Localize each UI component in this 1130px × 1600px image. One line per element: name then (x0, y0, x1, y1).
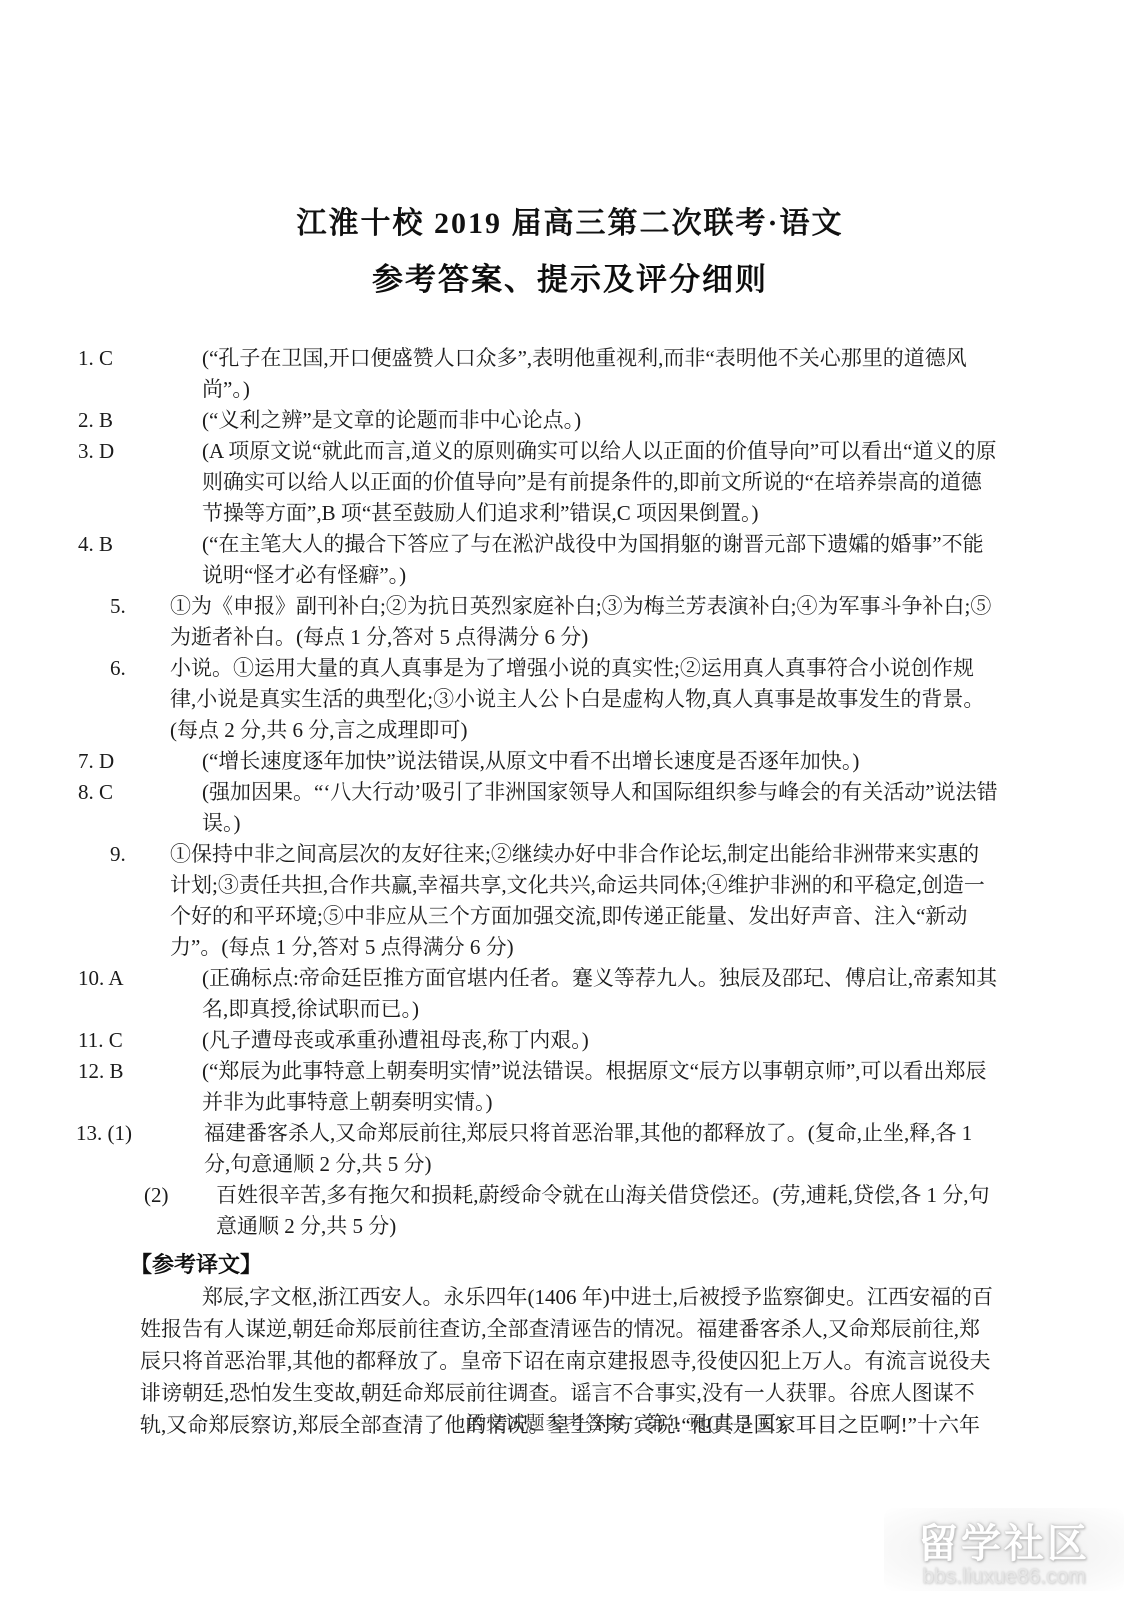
answer-item-13-1: 13. (1)福建番客杀人,又命郑辰前往,郑辰只将首恶治罪,其他的都释放了。(复… (140, 1118, 1000, 1180)
answer-text: (A 项原文说“就此而言,道义的原则确实可以给人以正面的价值导向”可以看出“道义… (202, 439, 996, 525)
answer-text: (凡子遭母丧或承重孙遭祖母丧,称丁内艰。) (202, 1028, 589, 1052)
answer-number: 5. (140, 591, 170, 622)
answer-item-13-2: (2)百姓很辛苦,多有拖欠和损耗,蔚绶命令就在山海关借贷偿还。(劳,逋耗,贷偿,… (180, 1180, 1000, 1242)
answer-number: 11. C (140, 1025, 202, 1056)
answer-item-5: 5.①为《申报》副刊补白;②为抗日英烈家庭补白;③为梅兰芳表演补白;④为军事斗争… (140, 591, 1000, 653)
answer-number: 1. C (140, 343, 202, 374)
answer-list: 1. C(“孔子在卫国,开口便盛赞人口众多”,表明他重视利,而非“表明他不关心那… (140, 343, 1000, 1242)
answer-item-10: 10. A(正确标点:帝命廷臣推方面官堪内任者。蹇义等荐九人。独辰及邵玘、傅启让… (140, 963, 1000, 1025)
answer-text: (“孔子在卫国,开口便盛赞人口众多”,表明他重视利,而非“表明他不关心那里的道德… (202, 346, 967, 401)
answer-text: (正确标点:帝命廷臣推方面官堪内任者。蹇义等荐九人。独辰及邵玘、傅启让,帝素知其… (202, 966, 997, 1021)
answer-number: 13. (1) (140, 1118, 204, 1149)
answer-number: 3. D (140, 436, 202, 467)
answer-item-1: 1. C(“孔子在卫国,开口便盛赞人口众多”,表明他重视利,而非“表明他不关心那… (140, 343, 1000, 405)
answer-number: 12. B (140, 1056, 202, 1087)
answer-item-8: 8. C(强加因果。“‘八大行动’吸引了非洲国家领导人和国际组织参与峰会的有关活… (140, 777, 1000, 839)
answer-item-3: 3. D(A 项原文说“就此而言,道义的原则确实可以给人以正面的价值导向”可以看… (140, 436, 1000, 529)
translation-heading: 【参考译文】 (130, 1248, 1000, 1279)
answer-number: 10. A (140, 963, 202, 994)
answer-number: 9. (140, 839, 170, 870)
watermark: 留学社区 bbs.liuxue86.com (884, 1508, 1124, 1591)
answer-text: 百姓很辛苦,多有拖欠和损耗,蔚绶命令就在山海关借贷偿还。(劳,逋耗,贷偿,各 1… (216, 1183, 990, 1238)
answer-item-6: 6.小说。①运用大量的真人真事是为了增强小说的真实性;②运用真人真事符合小说创作… (140, 653, 1000, 746)
answer-text: (“增长速度逐年加快”说法错误,从原文中看不出增长速度是否逐年加快。) (202, 749, 859, 773)
answer-text: (“义利之辨”是文章的论题而非中心论点。) (202, 408, 581, 432)
answer-item-9: 9.①保持中非之间高层次的友好往来;②继续办好中非合作论坛,制定出能给非洲带来实… (140, 839, 1000, 963)
exam-title: 江淮十校 2019 届高三第二次联考·语文 (140, 198, 1000, 242)
answer-number: 6. (140, 653, 170, 684)
answer-item-7: 7. D(“增长速度逐年加快”说法错误,从原文中看不出增长速度是否逐年加快。) (140, 746, 1000, 777)
document-content: 江淮十校 2019 届高三第二次联考·语文 参考答案、提示及评分细则 1. C(… (140, 198, 1000, 1441)
answer-number: 8. C (140, 777, 202, 808)
answer-text: 小说。①运用大量的真人真事是为了增强小说的真实性;②运用真人真事符合小说创作规律… (170, 656, 984, 742)
answer-text: (“在主笔大人的撮合下答应了与在淞沪战役中为国捐躯的谢晋元部下遗孀的婚事”不能说… (202, 532, 984, 587)
watermark-logo: 留学社区 (884, 1512, 1124, 1569)
answer-number: 7. D (140, 746, 202, 777)
answer-text: (强加因果。“‘八大行动’吸引了非洲国家领导人和国际组织参与峰会的有关活动”说法… (202, 780, 998, 835)
answer-item-11: 11. C(凡子遭母丧或承重孙遭祖母丧,称丁内艰。) (140, 1025, 1000, 1056)
answer-item-12: 12. B(“郑辰为此事特意上朝奏明实情”说法错误。根据原文“辰方以事朝京师”,… (140, 1056, 1000, 1118)
answer-number: (2) (180, 1180, 216, 1211)
document-page: 江淮十校 2019 届高三第二次联考·语文 参考答案、提示及评分细则 1. C(… (0, 0, 1130, 1600)
answer-text: 福建番客杀人,又命郑辰前往,郑辰只将首恶治罪,其他的都释放了。(复命,止坐,释,… (204, 1121, 972, 1176)
answer-item-4: 4. B(“在主笔大人的撮合下答应了与在淞沪战役中为国捐躯的谢晋元部下遗孀的婚事… (140, 529, 1000, 591)
answer-text: (“郑辰为此事特意上朝奏明实情”说法错误。根据原文“辰方以事朝京师”,可以看出郑… (202, 1059, 987, 1114)
answer-text: ①保持中非之间高层次的友好往来;②继续办好中非合作论坛,制定出能给非洲带来实惠的… (170, 842, 985, 959)
answer-item-2: 2. B(“义利之辨”是文章的论题而非中心论点。) (140, 405, 1000, 436)
page-footer: 语文试题参考答案 第 1 页(共 3 页) (0, 1408, 1130, 1435)
answer-number: 2. B (140, 405, 202, 436)
answer-text: ①为《申报》副刊补白;②为抗日英烈家庭补白;③为梅兰芳表演补白;④为军事斗争补白… (170, 594, 991, 649)
answer-key-subtitle: 参考答案、提示及评分细则 (140, 254, 1000, 299)
answer-number: 4. B (140, 529, 202, 560)
